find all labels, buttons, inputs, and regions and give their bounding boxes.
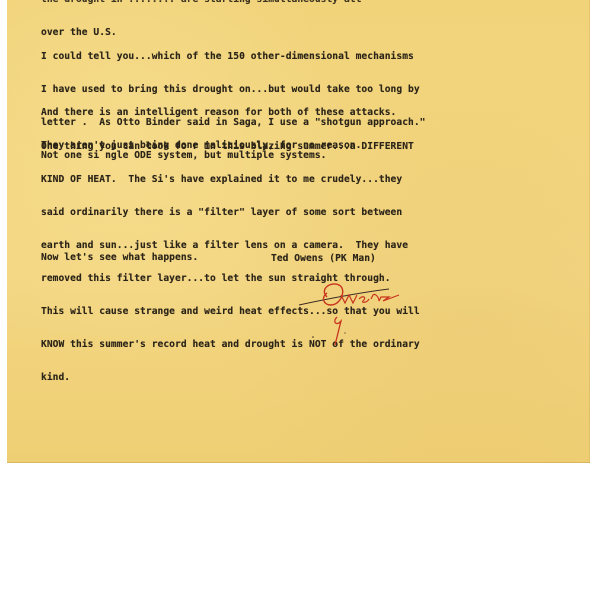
text-line: And there is an intelligent reason for b… (41, 107, 396, 118)
text-line: said ordinarily there is a "filter" laye… (41, 207, 420, 218)
text-line: kind. (41, 372, 420, 383)
text-line: I could tell you...which of the 150 othe… (41, 51, 426, 62)
text-line: One thing you can look fo r in this blaz… (41, 141, 420, 152)
text-line: KIND OF HEAT. The Si's have explained it… (41, 174, 420, 185)
letter-page: the drought in ........ are starting sim… (7, 0, 590, 463)
text-line: Now let's see what happens. (41, 252, 198, 263)
handwritten-signature (297, 275, 427, 355)
typed-signature: Ted Owens (PK Man) (271, 253, 376, 264)
paragraph-5: Now let's see what happens. (41, 230, 198, 285)
